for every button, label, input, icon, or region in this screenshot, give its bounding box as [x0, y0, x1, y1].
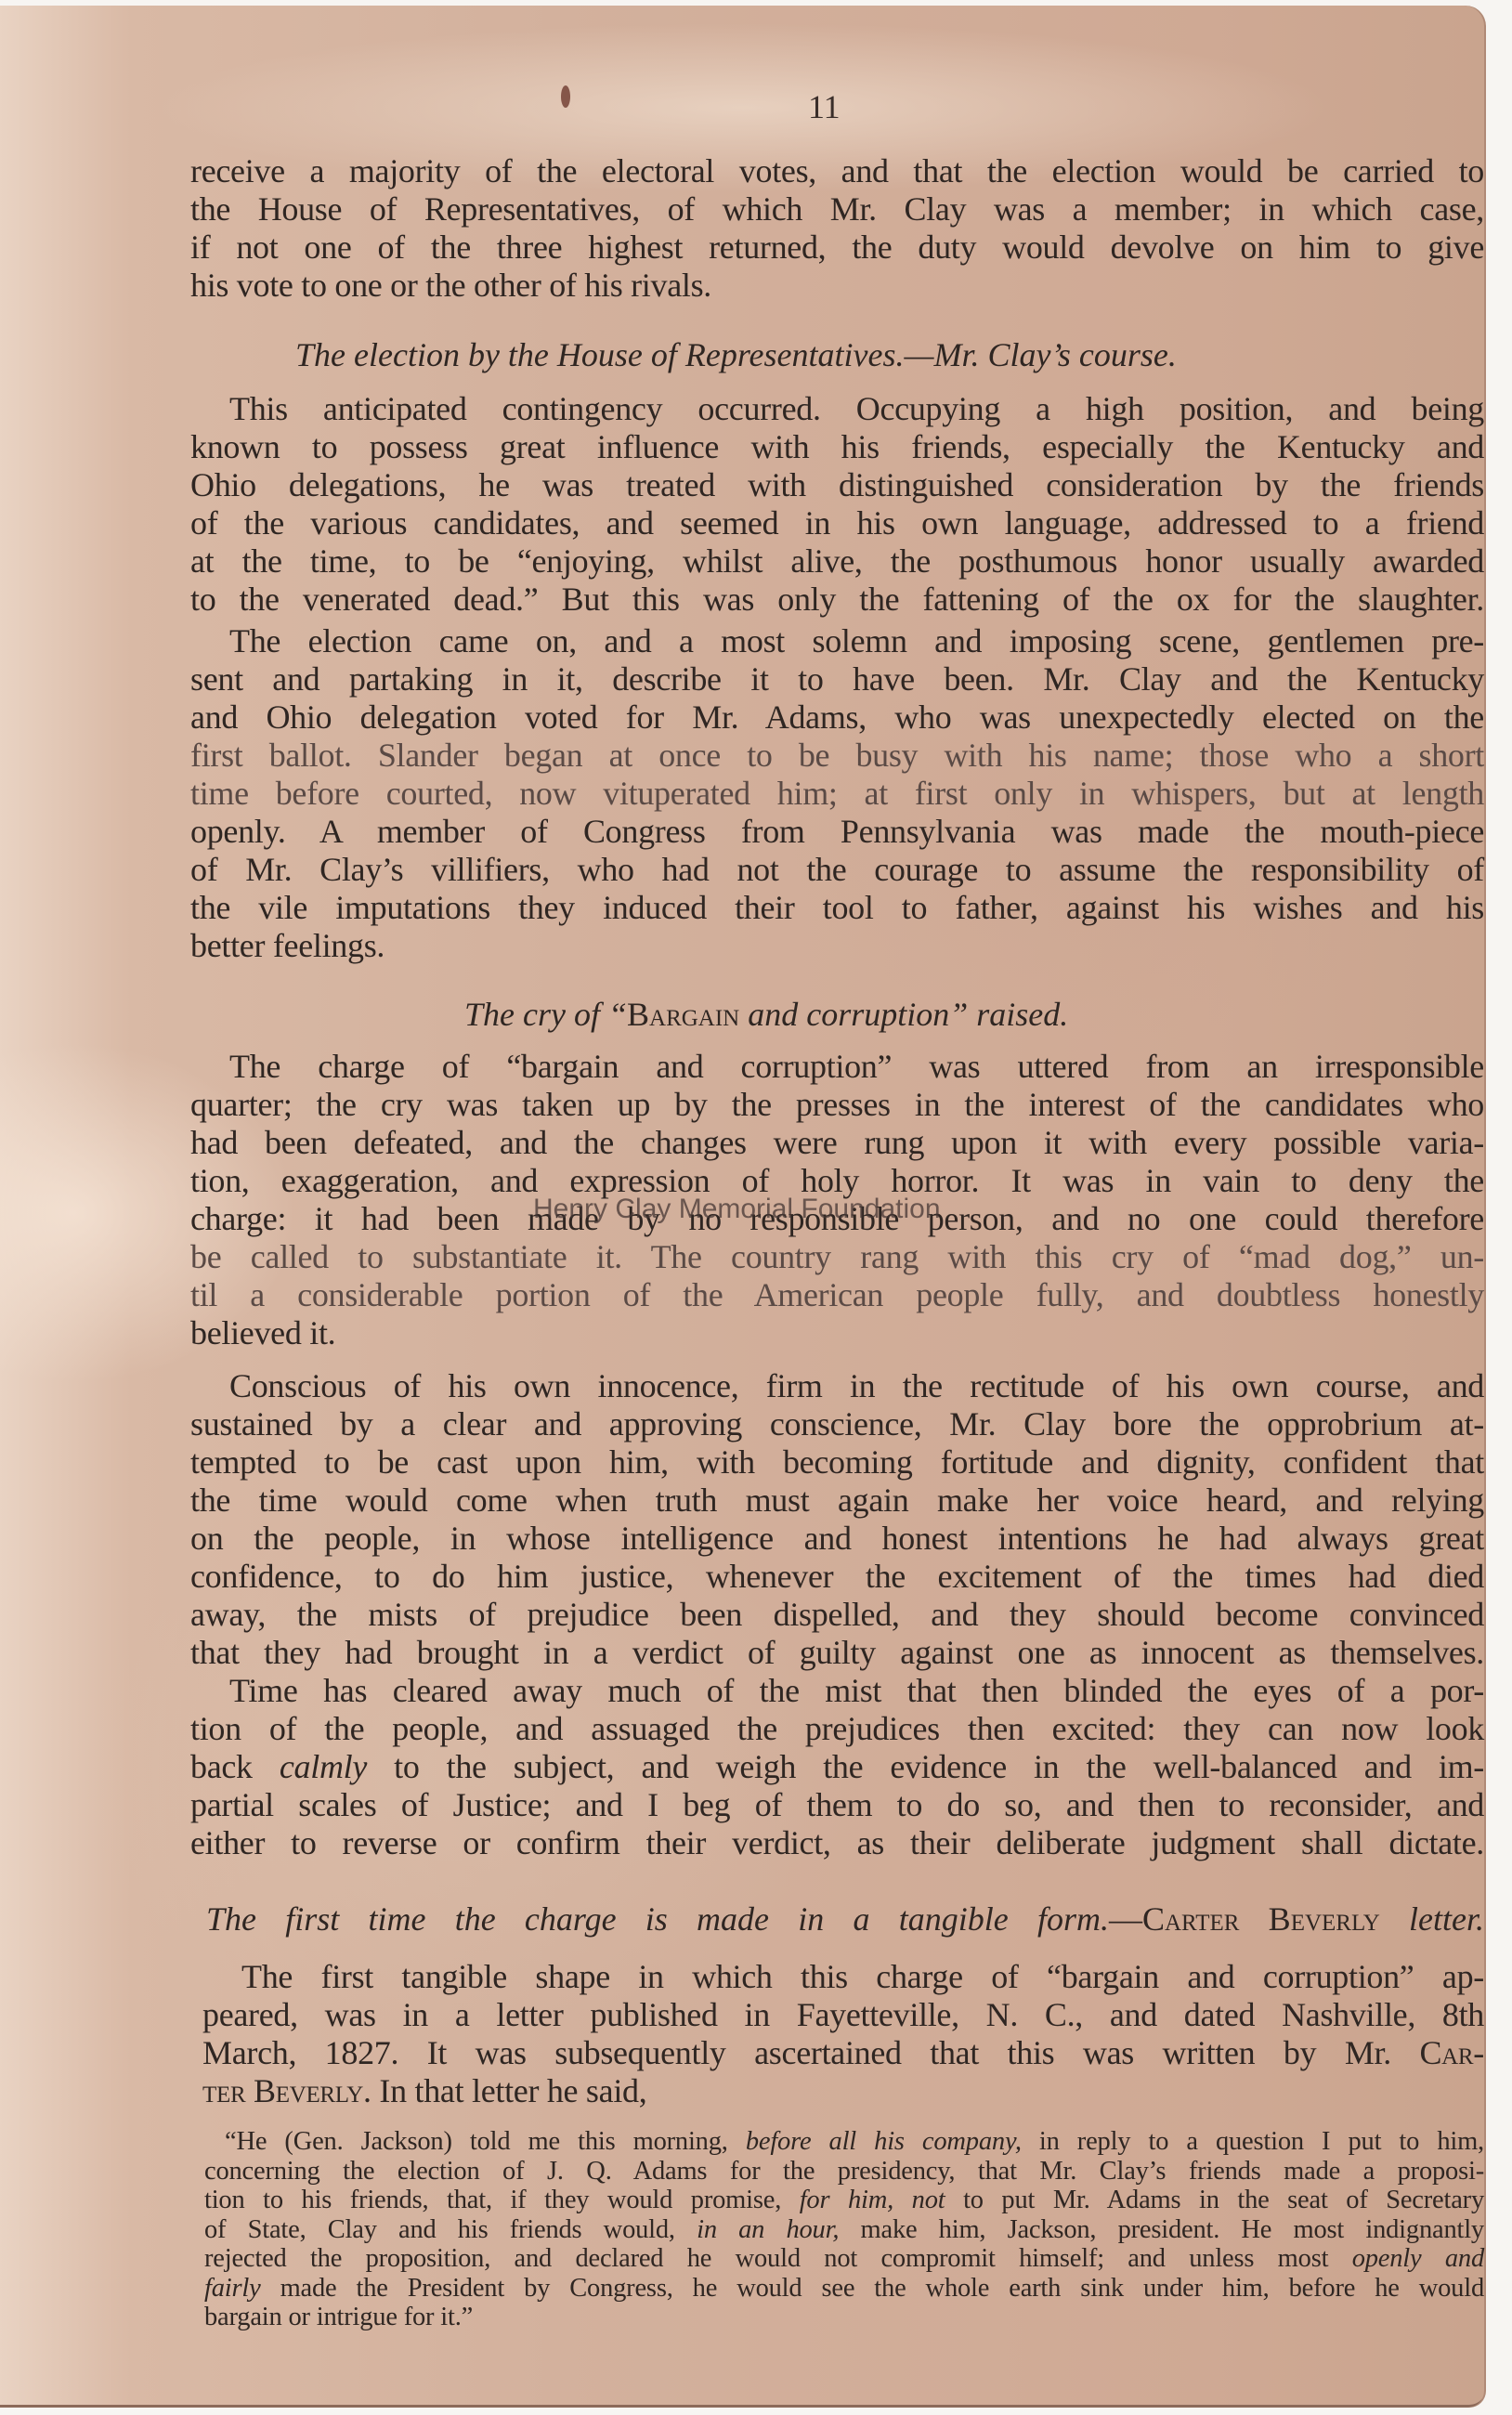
text-line: at the time, to be “enjoying, whilst ali… — [190, 542, 1484, 581]
text-line: Conscious of his own innocence, firm in … — [190, 1367, 1484, 1405]
text-line: better feelings. — [190, 927, 1484, 965]
heading-text: The first time the charge is made in a t… — [206, 1900, 1109, 1938]
quote-line: bargain or intrigue for it.” — [204, 2303, 1484, 2332]
text-line: tempted to be cast upon him, with becomi… — [190, 1443, 1484, 1482]
paragraph-election-came-on: The election came on, and a most solemn … — [190, 622, 1484, 965]
text-run: to the subject, and weigh the evidence i… — [367, 1748, 1484, 1785]
text-line: The first tangible shape in which this c… — [202, 1958, 1484, 1996]
quote-line: fairly made the President by Congress, h… — [204, 2274, 1484, 2304]
text-line: The charge of “bargain and corruption” w… — [190, 1048, 1484, 1086]
text-line: back calmly to the subject, and weigh th… — [190, 1748, 1484, 1786]
text-line: receive a majority of the electoral vote… — [190, 152, 1484, 190]
italic-text: before all his company, — [746, 2127, 1022, 2156]
text-line: be called to substantiate it. The countr… — [190, 1238, 1484, 1276]
block-quote-jackson: “He (Gen. Jackson) told me this morning,… — [204, 2127, 1484, 2332]
text-line: ter Beverly. In that letter he said, — [202, 2072, 1484, 2110]
text-line: The election came on, and a most solemn … — [190, 622, 1484, 660]
italic-text: in an hour, — [697, 2215, 839, 2244]
heading-dash: — — [1109, 1900, 1142, 1938]
small-caps-text: ter Beverly. — [202, 2072, 371, 2109]
text-line: peared, was in a letter published in Fay… — [202, 1996, 1484, 2034]
heading-small-caps: Bargain — [627, 996, 739, 1033]
paragraph-time-cleared: Time has cleared away much of the mist t… — [190, 1672, 1484, 1862]
section-heading-bargain-corruption: The cry of “Bargain and corruption” rais… — [464, 996, 1068, 1034]
italic-text: calmly — [280, 1748, 367, 1785]
italic-text: openly and — [1352, 2244, 1484, 2273]
text-run: March, 1827. It was subsequently ascerta… — [202, 2034, 1419, 2071]
text-run: to put Mr. Adams in the seat of Secretar… — [945, 2186, 1484, 2214]
quote-line: concerning the election of J. Q. Adams f… — [204, 2157, 1484, 2187]
text-line: partial scales of Justice; and I beg of … — [190, 1786, 1484, 1824]
text-line: the vile imputations they induced their … — [190, 889, 1484, 927]
quote-line: rejected the proposition, and declared h… — [204, 2244, 1484, 2274]
paragraph-conscious-innocence: Conscious of his own innocence, firm in … — [190, 1367, 1484, 1672]
text-line: to the venerated dead.” But this was onl… — [190, 581, 1484, 619]
text-run: In that letter he said, — [371, 2072, 647, 2109]
ink-stain — [561, 85, 570, 108]
text-line: Ohio delegations, he was treated with di… — [190, 466, 1484, 504]
text-line: quarter; the cry was taken up by the pre… — [190, 1086, 1484, 1124]
section-heading-house-election: The election by the House of Representat… — [295, 336, 1177, 374]
italic-text: for him, not — [800, 2186, 945, 2214]
text-line: sent and partaking in it, describe it to… — [190, 660, 1484, 698]
text-line: that they had brought in a verdict of gu… — [190, 1634, 1484, 1672]
text-line: March, 1827. It was subsequently ascerta… — [202, 2034, 1484, 2072]
text-line: his vote to one or the other of his riva… — [190, 267, 1484, 305]
text-line: either to reverse or confirm their verdi… — [190, 1824, 1484, 1862]
text-run: rejected the proposition, and declared h… — [204, 2244, 1352, 2273]
quote-line: tion to his friends, that, if they would… — [204, 2186, 1484, 2215]
heading-text: The cry of “ — [464, 996, 627, 1033]
heading-text: letter. — [1380, 1900, 1484, 1938]
text-run: made the President by Congress, he would… — [261, 2274, 1484, 2303]
text-run: “He (Gen. Jackson) told me this morning, — [225, 2127, 746, 2156]
text-line: of the various candidates, and seemed in… — [190, 504, 1484, 542]
text-line: tion of the people, and assuaged the pre… — [190, 1710, 1484, 1748]
text-line: sustained by a clear and approving consc… — [190, 1405, 1484, 1443]
section-heading-carter-beverly: The first time the charge is made in a t… — [206, 1900, 1484, 1939]
text-line: had been defeated, and the changes were … — [190, 1124, 1484, 1162]
watermark-text: Henry Clay Memorial Foundation — [533, 1194, 941, 1225]
text-line: if not one of the three highest returned… — [190, 228, 1484, 267]
text-line: openly. A member of Congress from Pennsy… — [190, 813, 1484, 851]
paragraph-contingency: This anticipated contingency occurred. O… — [190, 390, 1484, 619]
text-line: of Mr. Clay’s villifiers, who had not th… — [190, 851, 1484, 889]
text-run: of State, Clay and his friends would, — [204, 2215, 697, 2244]
page-number: 11 — [808, 87, 841, 126]
text-run: make him, Jackson, president. He most in… — [839, 2215, 1484, 2244]
italic-text: fairly — [204, 2274, 261, 2303]
document-page: 11 receive a majority of the electoral v… — [0, 6, 1486, 2408]
text-line: believed it. — [190, 1314, 1484, 1352]
intro-paragraph: receive a majority of the electoral vote… — [190, 152, 1484, 305]
text-line: away, the mists of prejudice been dispel… — [190, 1596, 1484, 1634]
text-line: first ballot. Slander began at once to b… — [190, 737, 1484, 775]
text-line: known to possess great influence with hi… — [190, 428, 1484, 466]
text-line: the House of Representatives, of which M… — [190, 190, 1484, 228]
text-line: til a considerable portion of the Americ… — [190, 1276, 1484, 1314]
text-run: back — [190, 1748, 280, 1785]
heading-text: and corruption” raised. — [739, 996, 1068, 1033]
small-caps-text: Car- — [1419, 2034, 1484, 2071]
text-line: confidence, to do him justice, whenever … — [190, 1558, 1484, 1596]
text-line: time before courted, now vituperated him… — [190, 775, 1484, 813]
quote-line: of State, Clay and his friends would, in… — [204, 2215, 1484, 2245]
text-line: and Ohio delegation voted for Mr. Adams,… — [190, 698, 1484, 737]
text-run: in reply to a question I put to him, — [1022, 2127, 1484, 2156]
paragraph-first-tangible: The first tangible shape in which this c… — [202, 1958, 1484, 2110]
text-run: tion to his friends, that, if they would… — [204, 2186, 800, 2214]
heading-small-caps: Carter Beverly — [1142, 1900, 1380, 1938]
text-line: the time would come when truth must agai… — [190, 1482, 1484, 1520]
text-line: on the people, in whose intelligence and… — [190, 1520, 1484, 1558]
text-line: Time has cleared away much of the mist t… — [190, 1672, 1484, 1710]
text-line: This anticipated contingency occurred. O… — [190, 390, 1484, 428]
quote-line: “He (Gen. Jackson) told me this morning,… — [204, 2127, 1484, 2157]
